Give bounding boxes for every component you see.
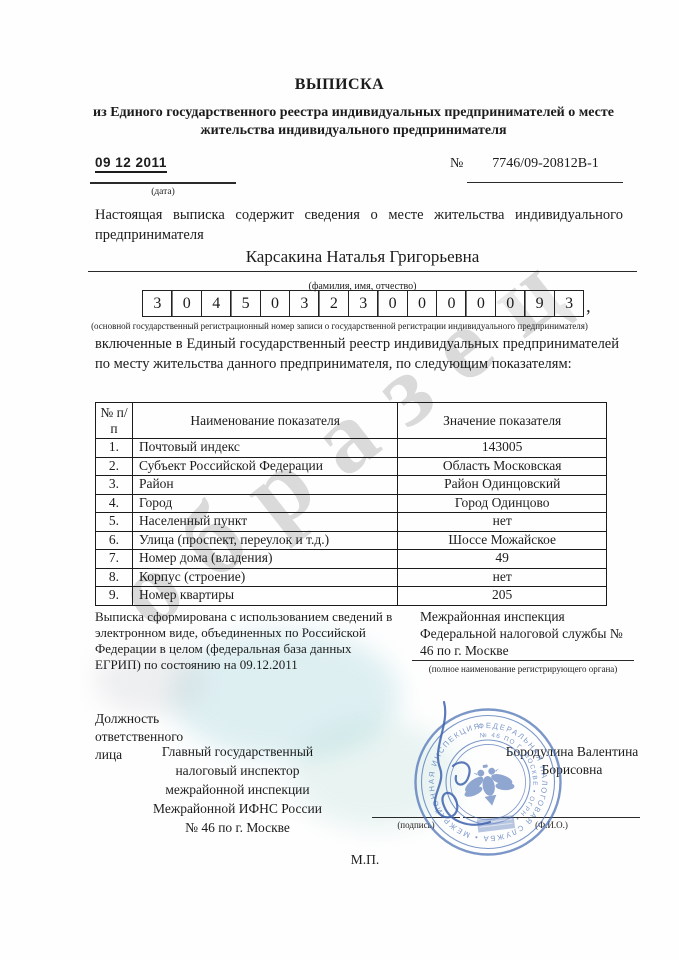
signature-ink (398, 696, 528, 841)
cell-name: Район (132, 476, 397, 495)
table-row: 8.Корпус (строение)нет (96, 568, 607, 587)
mp-label: М.П. (330, 852, 400, 868)
table-header-cell: Значение показателя (398, 403, 607, 439)
table-header-cell: Наименование показателя (132, 403, 397, 439)
cell-value: Шоссе Можайское (398, 531, 607, 550)
cell-value: нет (398, 568, 607, 587)
table-row: 4.ГородГород Одинцово (96, 494, 607, 513)
cell-value: Город Одинцово (398, 494, 607, 513)
ogrn-digit-cell: 0 (465, 290, 496, 317)
ogrn-digit-cell: 0 (495, 290, 526, 317)
ogrn-box-row: 304503230000093, (142, 290, 591, 317)
cell-value: Область Московская (398, 457, 607, 476)
table-row: 1.Почтовый индекс143005 (96, 439, 607, 458)
ogrn-digit-cell: 0 (260, 290, 291, 317)
ogrn-comma: , (586, 296, 591, 317)
cell-name: Улица (проспект, переулок и т.д.) (132, 531, 397, 550)
ogrn-digit-cell: 0 (436, 290, 467, 317)
ogrn-digit-cell: 5 (230, 290, 261, 317)
table-header-row: № п/пНаименование показателяЗначение пок… (96, 403, 607, 439)
registering-org-name: Межрайонная инспекция Федеральной налого… (420, 609, 632, 660)
cell-value: 143005 (398, 439, 607, 458)
date-underline (90, 182, 236, 184)
table-row: 6.Улица (проспект, переулок и т.д.)Шоссе… (96, 531, 607, 550)
table-row: 9.Номер квартиры205 (96, 587, 607, 606)
date-caption: (дата) (90, 187, 236, 197)
intro-paragraph: Настоящая выписка содержит сведения о ме… (95, 206, 623, 245)
document-title: ВЫПИСКА (0, 76, 679, 94)
ogrn-digit-cell: 4 (201, 290, 232, 317)
ogrn-digit-cell: 0 (407, 290, 438, 317)
ogrn-digit-cell: 0 (377, 290, 408, 317)
table-body: 1.Почтовый индекс1430052.Субъект Российс… (96, 439, 607, 606)
number-sign: № (450, 156, 463, 172)
cell-num: 3. (96, 476, 133, 495)
number-underline (467, 182, 623, 183)
cell-num: 1. (96, 439, 133, 458)
ogrn-digit-cell: 2 (318, 290, 349, 317)
ogrn-digit-cell: 3 (289, 290, 320, 317)
cell-name: Номер дома (владения) (132, 550, 397, 569)
cell-num: 8. (96, 568, 133, 587)
date-value: 09 12 2011 (95, 155, 167, 173)
org-caption: (полное наименование регистрирующего орг… (403, 664, 643, 674)
ogrn-digit-cell: 3 (142, 290, 173, 317)
document-subtitle: из Единого государственного реестра инди… (78, 104, 629, 140)
cell-name: Почтовый индекс (132, 439, 397, 458)
ogrn-digit-cell: 3 (348, 290, 379, 317)
entrepreneur-name: Карсакина Наталья Григорьевна (88, 247, 637, 272)
formation-note: Выписка сформирована с использованием св… (95, 609, 395, 672)
cell-value: 205 (398, 587, 607, 606)
ogrn-digit-cell: 9 (524, 290, 555, 317)
cell-value: нет (398, 513, 607, 532)
cell-num: 7. (96, 550, 133, 569)
cell-num: 5. (96, 513, 133, 532)
ogrn-digit-cell: 3 (554, 290, 585, 317)
indicators-table: № п/пНаименование показателяЗначение пок… (95, 402, 607, 606)
cell-num: 9. (96, 587, 133, 606)
cell-name: Населенный пункт (132, 513, 397, 532)
cell-num: 2. (96, 457, 133, 476)
body-paragraph: включенные в Единый государственный реес… (95, 334, 619, 374)
cell-name: Номер квартиры (132, 587, 397, 606)
cell-name: Субъект Российской Федерации (132, 457, 397, 476)
cell-name: Город (132, 494, 397, 513)
table-row: 2.Субъект Российской ФедерацииОбласть Мо… (96, 457, 607, 476)
ogrn-caption: (основной государственный регистрационны… (40, 321, 639, 331)
ogrn-digit-cell: 0 (171, 290, 202, 317)
position-value: Главный государственный налоговый инспек… (150, 743, 325, 837)
cell-value: Район Одинцовский (398, 476, 607, 495)
table-row: 3.РайонРайон Одинцовский (96, 476, 607, 495)
cell-name: Корпус (строение) (132, 568, 397, 587)
table-row: 5.Населенный пунктнет (96, 513, 607, 532)
cell-num: 6. (96, 531, 133, 550)
cell-value: 49 (398, 550, 607, 569)
org-underline (412, 660, 634, 661)
number-value: 7746/09-20812В-1 (468, 156, 623, 172)
table-row: 7.Номер дома (владения)49 (96, 550, 607, 569)
cell-num: 4. (96, 494, 133, 513)
table-header-cell: № п/п (96, 403, 133, 439)
